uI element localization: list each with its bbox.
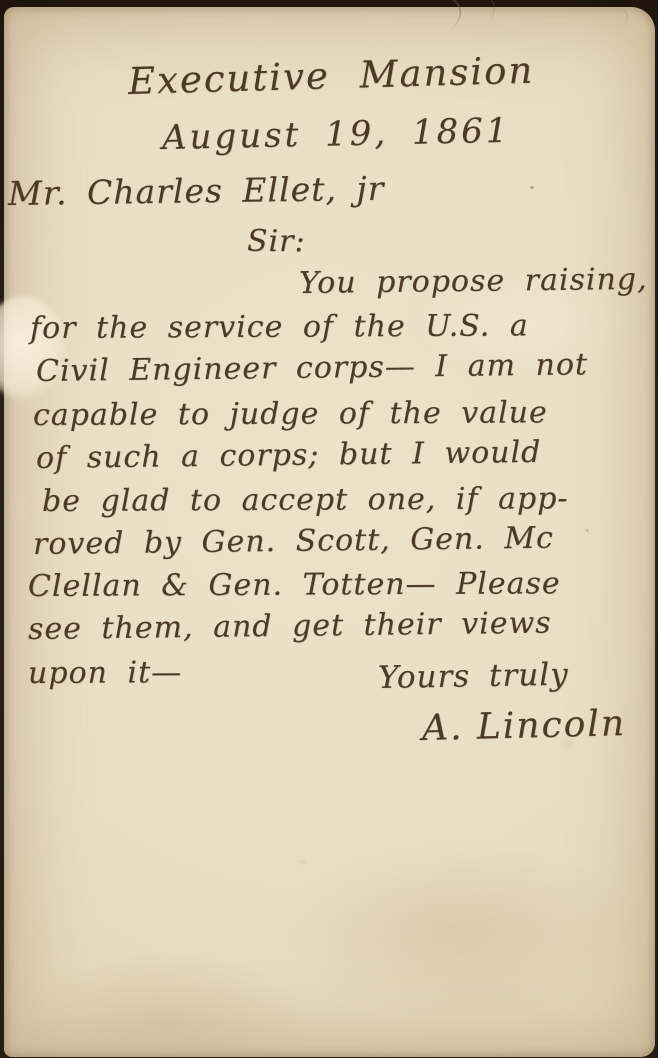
letter-body-line: roved by Gen. Scott, Gen. Mc	[33, 521, 554, 562]
letter-body-line: for the service of the U.S. a	[30, 308, 529, 346]
letter-body-line: see them, and get their views	[28, 606, 552, 647]
letter-body-line: Civil Engineer corps— I am not	[36, 347, 588, 389]
letter-recipient: Mr. Charles Ellet, jr	[8, 169, 385, 213]
photograph-backdrop: Executive Mansion August 19, 1861 Mr. Ch…	[0, 0, 658, 1058]
letter-body-line: You propose raising,	[299, 262, 648, 301]
letter-salutation: Sir:	[247, 224, 306, 259]
letter-heading-place: Executive Mansion	[127, 49, 534, 103]
letter-signature: A. Lincoln	[421, 703, 626, 749]
letter-closing: Yours truly	[378, 657, 569, 696]
letter-body-line: be glad to accept one, if app-	[42, 481, 569, 519]
letter-body-line: Clellan & Gen. Totten— Please	[28, 566, 561, 604]
letter-heading-date: August 19, 1861	[162, 111, 511, 158]
letter-body-line: capable to judge of the value	[33, 395, 548, 433]
letter-body-line: upon it—	[28, 655, 182, 691]
handwritten-letter: Executive Mansion August 19, 1861 Mr. Ch…	[0, 0, 658, 1058]
letter-body-line: of such a corps; but I would	[36, 435, 542, 476]
